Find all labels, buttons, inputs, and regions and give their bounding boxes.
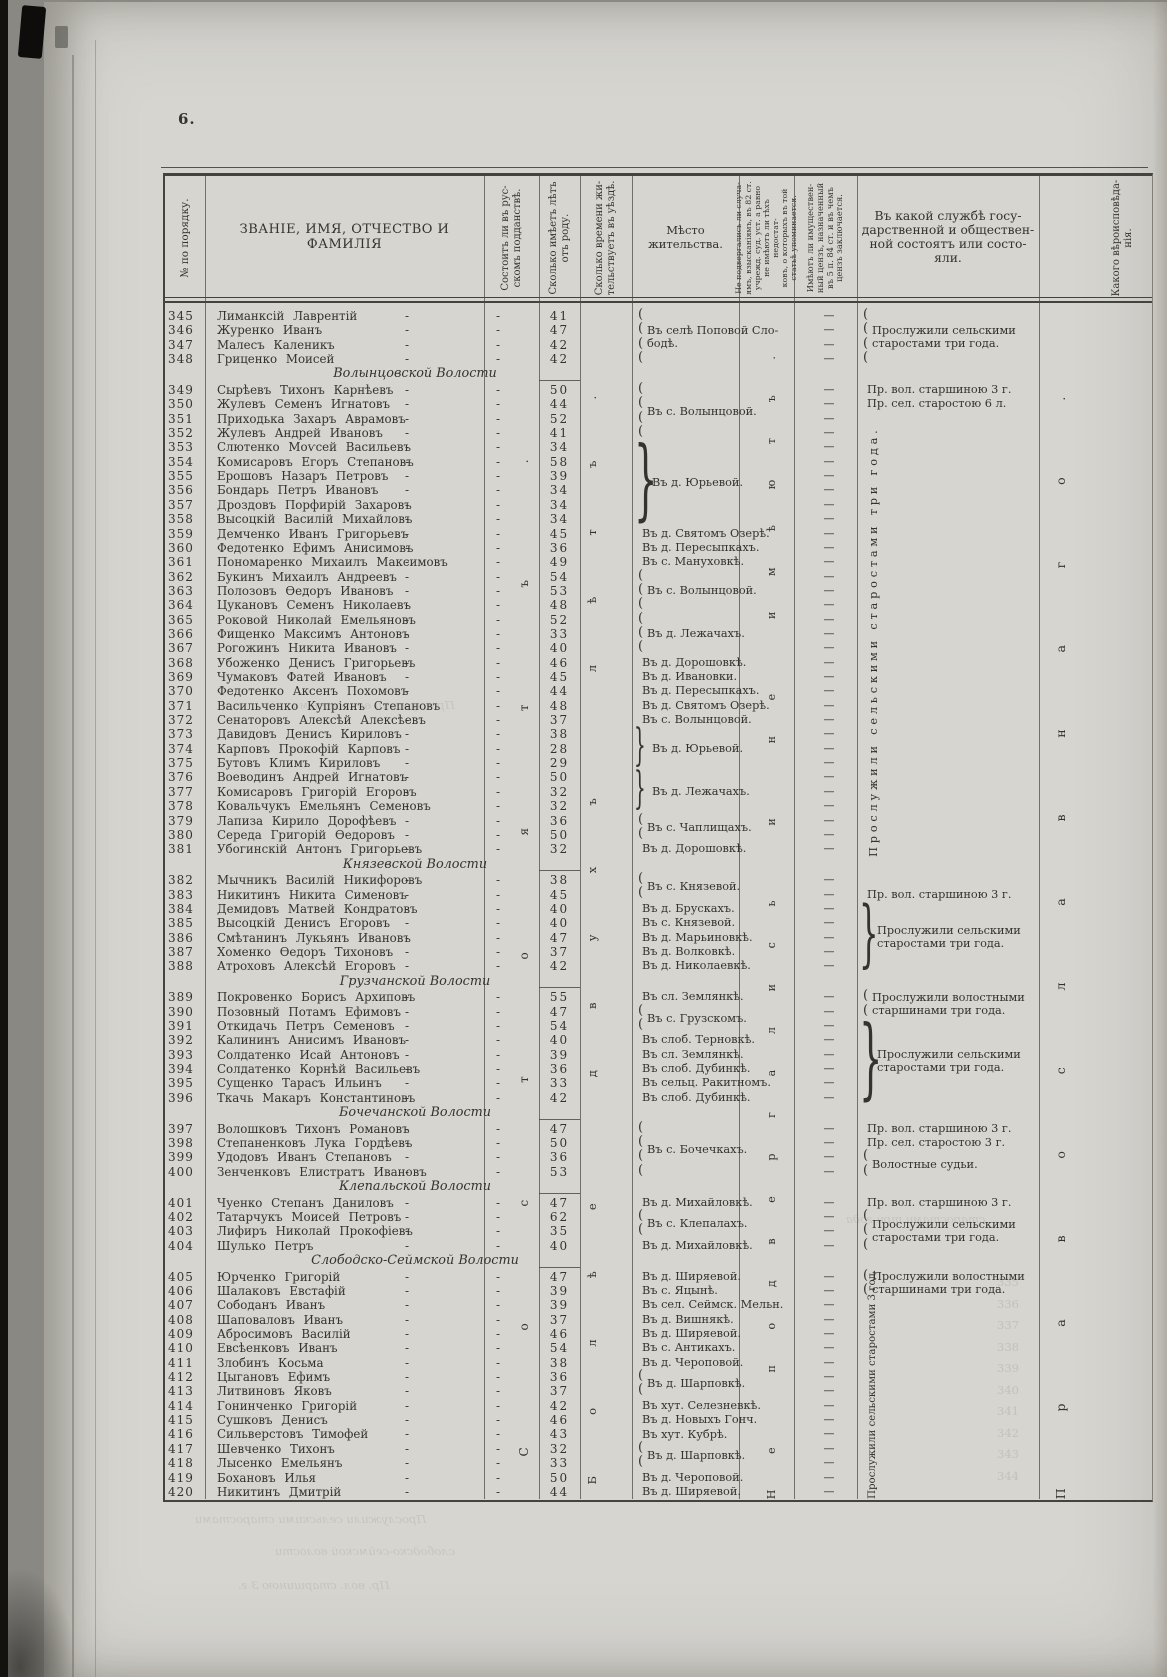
place-group: Въ д. Ширяевой. <box>638 1327 738 1341</box>
person-age: 40 <box>539 902 580 916</box>
person-age: 62 <box>539 1210 580 1224</box>
place-text: Въ д. Шарповкѣ. <box>647 1377 745 1390</box>
ditto-dash: - <box>405 1413 409 1427</box>
header-place-label: Мѣсто жительства. <box>632 176 739 297</box>
ditto-dash: - <box>405 931 409 945</box>
column-rule <box>632 303 633 1499</box>
census-dash: — <box>811 383 847 397</box>
census-dash: — <box>811 1356 847 1370</box>
ditto-dash: - <box>405 1298 409 1312</box>
service-rotated-text-wrap: Прослужили сельскими старостами три года… <box>865 412 883 857</box>
citizenship-dash: - <box>496 990 500 1004</box>
section-heading: Клепальской Волости <box>283 1179 547 1195</box>
census-dash: — <box>811 352 847 366</box>
place-group: Въ слоб. Дубинкѣ. <box>638 1062 738 1076</box>
service-text: Прослужили сельскими <box>872 324 1016 337</box>
person-name: Дроздовъ Порфирій Захаровъ <box>217 498 412 512</box>
census-dash: — <box>811 338 847 352</box>
header-residence-time-col: Сколько времени жи- тельствуетъ въ уѣздѣ… <box>580 179 632 297</box>
person-name: Чуенко Степанъ Даниловъ <box>217 1196 394 1210</box>
row-number: 376 <box>168 770 204 784</box>
service-group: Пр. вол. старшиною 3 г. <box>863 1196 1037 1210</box>
ditto-dash: - <box>405 990 409 1004</box>
citizenship-dash: - <box>496 1356 500 1370</box>
row-number: 362 <box>168 570 204 584</box>
table-top-rule <box>161 167 1148 168</box>
person-age: 37 <box>539 713 580 727</box>
column-rule <box>484 303 485 1499</box>
service-text: Пр. вол. старшиною 3 г. <box>867 383 1011 396</box>
row-number: 360 <box>168 541 204 555</box>
person-age: 32 <box>539 842 580 856</box>
header-census-label: Имѣютъ ли имуществен- ный цензъ, назначе… <box>806 183 845 293</box>
census-dash: — <box>811 1165 847 1179</box>
person-name: Фищенко Максимъ Антоновъ <box>217 627 410 641</box>
header-citizenship-col: Состоитъ ли въ рус- скомъ подданствѣ. <box>484 179 539 297</box>
person-name: Роковой Николай Емельяновъ <box>217 613 416 627</box>
scan-edge-shade <box>1153 0 1167 1677</box>
person-name: Цукановъ Семенъ Николаевъ <box>217 598 411 612</box>
row-number: 405 <box>168 1270 204 1284</box>
row-number: 416 <box>168 1427 204 1441</box>
person-name: Атроховъ Алексѣй Егоровъ <box>217 959 396 973</box>
person-age: 32 <box>539 799 580 813</box>
service-rotated-text: Прослужили сельскими старостами 3 год. <box>865 1298 881 1499</box>
place-text: Въ д. Марьиновкѣ. <box>642 931 753 944</box>
ditto-dash: - <box>405 1399 409 1413</box>
citizenship-dash: - <box>496 1341 500 1355</box>
row-number: 408 <box>168 1313 204 1327</box>
ditto-dash: - <box>405 1091 409 1105</box>
service-text: старостами три года. <box>872 337 999 350</box>
row-number: 410 <box>168 1341 204 1355</box>
group-paren: ( <box>638 1209 643 1223</box>
person-age: 40 <box>539 1239 580 1253</box>
section-divider <box>539 870 580 871</box>
group-brace: } <box>634 727 646 766</box>
census-dash: — <box>811 1399 847 1413</box>
census-dash: — <box>811 1076 847 1090</box>
header-name-label: ЗВАНІЕ, ИМЯ, ОТЧЕСТВО И ФАМИЛІЯ <box>205 176 484 297</box>
place-text: Въ д. Дорошовкѣ. <box>642 656 746 669</box>
person-age: 37 <box>539 1384 580 1398</box>
person-name: Комисаровъ Григорій Егоровъ <box>217 785 417 799</box>
group-paren: ( <box>638 1135 643 1149</box>
census-dash: — <box>811 555 847 569</box>
place-text: Въ с. Яцынѣ. <box>642 1284 718 1297</box>
census-dash: — <box>811 641 847 655</box>
place-text: Въ хут. Селезневкѣ. <box>642 1399 761 1412</box>
scan-edge-artifact <box>0 0 8 1677</box>
ditto-dash: - <box>405 1019 409 1033</box>
place-text: Въ сельц. Ракитномъ. <box>642 1076 771 1089</box>
section-heading: Бочечанской Волости <box>283 1105 547 1121</box>
person-name: Рогожинъ Никита Ивановъ <box>217 641 397 655</box>
person-age: 36 <box>539 1370 580 1384</box>
place-text: Въ д. Ширяевой. <box>642 1485 741 1498</box>
place-group: Въ д. Брускахъ. <box>638 902 738 916</box>
citizenship-dash: - <box>496 498 500 512</box>
census-dash: — <box>811 945 847 959</box>
person-age: 54 <box>539 1019 580 1033</box>
census-dash: — <box>811 1239 847 1253</box>
column-rule <box>205 303 206 1499</box>
ditto-dash: - <box>405 1239 409 1253</box>
citizenship-dash: - <box>496 1091 500 1105</box>
row-number: 350 <box>168 397 204 411</box>
citizenship-dash: - <box>496 713 500 727</box>
row-number: 398 <box>168 1136 204 1150</box>
column-rule <box>580 303 581 1499</box>
person-name: Комисаровъ Егоръ Степановъ <box>217 455 414 469</box>
service-text: Прослужили сельскими <box>877 1048 1021 1061</box>
group-paren: ( <box>638 827 643 841</box>
row-number: 401 <box>168 1196 204 1210</box>
ditto-dash: - <box>405 383 409 397</box>
row-number: 400 <box>168 1165 204 1179</box>
person-age: 46 <box>539 1413 580 1427</box>
citizenship-dash: - <box>496 1136 500 1150</box>
place-group: Въ сл. Землянкѣ. <box>638 1048 738 1062</box>
row-number: 399 <box>168 1150 204 1164</box>
person-age: 50 <box>539 828 580 842</box>
group-paren: ( <box>638 351 643 365</box>
service-group: }Прослужили сельскимистаростами три года… <box>863 1019 1037 1105</box>
place-group: Въ д. Пересыпкахъ. <box>638 684 738 698</box>
person-name: Шаповаловъ Иванъ <box>217 1313 343 1327</box>
census-dash: — <box>811 990 847 1004</box>
ditto-dash: - <box>405 888 409 902</box>
citizenship-dash: - <box>496 888 500 902</box>
person-name: Откидачь Петръ Семеновъ <box>217 1019 395 1033</box>
row-number: 358 <box>168 512 204 526</box>
column-rule <box>739 176 740 303</box>
person-age: 50 <box>539 383 580 397</box>
place-group: Въ д. Дорошовкѣ. <box>638 842 738 856</box>
service-group: ((Прослужили волостнымистаршинами три го… <box>863 990 1037 1019</box>
place-text: Въ д. Пересыпкахъ. <box>642 684 759 697</box>
page-fold-line <box>72 55 74 1677</box>
census-dash: — <box>811 873 847 887</box>
citizenship-dash: - <box>496 959 500 973</box>
citizenship-dash: - <box>496 1239 500 1253</box>
person-age: 45 <box>539 888 580 902</box>
person-age: 50 <box>539 770 580 784</box>
ditto-dash: - <box>405 1076 409 1090</box>
column-rule <box>1039 303 1040 1499</box>
census-dash: — <box>811 1196 847 1210</box>
group-paren: ( <box>638 337 643 351</box>
place-text: Въ слоб. Дубинкѣ. <box>642 1091 751 1104</box>
row-number: 415 <box>168 1413 204 1427</box>
row-number: 374 <box>168 742 204 756</box>
place-group: Въ слоб. Дубинкѣ. <box>638 1091 738 1105</box>
ditto-dash: - <box>405 799 409 813</box>
person-age: 36 <box>539 814 580 828</box>
column-rule <box>484 176 485 303</box>
place-text: Въ с. Волынцовой. <box>642 713 752 726</box>
census-dash: — <box>811 440 847 454</box>
census-dash: — <box>811 498 847 512</box>
census-dash: — <box>811 613 847 627</box>
header-religion-col: Какого вѣроисповѣда- нія. <box>1097 179 1149 297</box>
bleedthrough-text: Прослужили волостными <box>292 698 455 712</box>
service-text: старшинами три года. <box>872 1283 1005 1296</box>
ditto-dash: - <box>405 1062 409 1076</box>
row-number: 418 <box>168 1456 204 1470</box>
group-paren: ( <box>638 1018 643 1032</box>
row-number: 381 <box>168 842 204 856</box>
census-dash: — <box>811 1485 847 1499</box>
person-name: Воеводинъ Андрей Игнатовъ <box>217 770 407 784</box>
person-name: Сободанъ Иванъ <box>217 1298 325 1312</box>
person-age: 38 <box>539 1356 580 1370</box>
column-rule <box>1039 176 1040 303</box>
place-text: Въ д. Чероповой. <box>642 1356 743 1369</box>
person-name: Злобинъ Косьма <box>217 1356 324 1370</box>
census-dash: — <box>811 1313 847 1327</box>
place-group: Въ д. Чероповой. <box>638 1471 738 1485</box>
person-age: 38 <box>539 873 580 887</box>
header-religion-label: Какого вѣроисповѣда- нія. <box>1111 180 1135 297</box>
person-age: 45 <box>539 527 580 541</box>
row-number: 419 <box>168 1471 204 1485</box>
place-text: Въ д. Святомъ Озерѣ. <box>642 527 770 540</box>
citizenship-dash: - <box>496 727 500 741</box>
citizenship-dash: - <box>496 412 500 426</box>
place-group: Въ д. Ивановки. <box>638 670 738 684</box>
row-number: 387 <box>168 945 204 959</box>
person-age: 39 <box>539 1298 580 1312</box>
ditto-dash: - <box>405 1122 409 1136</box>
place-group: Въ д. Святомъ Озерѣ. <box>638 527 738 541</box>
person-name: Сенаторовъ Алексѣй Алексѣевъ <box>217 713 426 727</box>
bleedthrough-text: старостами три года <box>846 1212 986 1226</box>
person-age: 28 <box>539 742 580 756</box>
person-age: 40 <box>539 641 580 655</box>
citizenship-dash: - <box>496 1284 500 1298</box>
bleedthrough-text: слободско-сеймской волости <box>275 1544 455 1558</box>
person-age: 41 <box>539 426 580 440</box>
ditto-dash: - <box>405 397 409 411</box>
ditto-dash: - <box>405 598 409 612</box>
census-dash: — <box>811 570 847 584</box>
census-dash: — <box>811 1005 847 1019</box>
person-age: 36 <box>539 1062 580 1076</box>
person-name: Жулевъ Андрей Ивановъ <box>217 426 383 440</box>
person-age: 41 <box>539 309 580 323</box>
section-heading: Волынцовской Волости <box>283 366 547 382</box>
citizenship-dash: - <box>496 1456 500 1470</box>
place-text: Въ с. Грузскомъ. <box>647 1012 747 1025</box>
ditto-dash: - <box>405 641 409 655</box>
person-age: 33 <box>539 1456 580 1470</box>
group-paren: ( <box>638 612 643 626</box>
census-dash: — <box>811 1091 847 1105</box>
group-paren: ( <box>638 1369 643 1383</box>
ditto-dash: - <box>405 512 409 526</box>
place-text: Въ д. Новыхъ Гонч. <box>642 1413 757 1426</box>
person-age: 33 <box>539 1076 580 1090</box>
place-group: Въ сел. Сеймск. Мельн. <box>638 1298 738 1312</box>
place-text: Въ с. Князевой. <box>642 916 735 929</box>
person-name: Абросимовъ Василій <box>217 1327 351 1341</box>
group-paren: ( <box>638 1004 643 1018</box>
column-rule <box>794 176 795 303</box>
ditto-dash: - <box>405 426 409 440</box>
census-dash: — <box>811 584 847 598</box>
person-age: 43 <box>539 1427 580 1441</box>
person-name: Убоженко Денисъ Григорьевъ <box>217 656 415 670</box>
citizenship-dash: - <box>496 584 500 598</box>
person-name: Мычникъ Василій Никифоровъ <box>217 873 422 887</box>
person-name: Бутовъ Климъ Кириловъ <box>217 756 380 770</box>
person-age: 46 <box>539 1327 580 1341</box>
person-name: Бондарь Петръ Ивановъ <box>217 483 378 497</box>
service-group: Пр. сел. старостою 3 г. <box>863 1136 1037 1150</box>
person-name: Татарчукъ Моисей Петровъ <box>217 1210 401 1224</box>
person-name: Ковальчукъ Емельянъ Семеновъ <box>217 799 431 813</box>
census-dash: — <box>811 1048 847 1062</box>
service-group: Пр. вол. старшиною 3 г. <box>863 1122 1037 1136</box>
census-dash: — <box>811 727 847 741</box>
ditto-dash: - <box>405 1196 409 1210</box>
service-text: старшинами три года. <box>872 1004 1005 1017</box>
ditto-dash: - <box>405 785 409 799</box>
citizenship-dash: - <box>496 1122 500 1136</box>
person-name: Демидовъ Матвей Кондратовъ <box>217 902 417 916</box>
place-group: Въ с. Мануховкѣ. <box>638 555 738 569</box>
place-group: (((Въ с. Волынцовой. <box>638 570 738 613</box>
place-text: Въ д. Шарповкѣ. <box>647 1449 745 1462</box>
place-text: Въ д. Дорошовкѣ. <box>642 842 746 855</box>
ditto-dash: - <box>405 916 409 930</box>
place-text: Въ д. Михайловкѣ. <box>642 1196 753 1209</box>
row-number: 392 <box>168 1033 204 1047</box>
person-age: 50 <box>539 1136 580 1150</box>
citizenship-dash: - <box>496 1384 500 1398</box>
citizenship-dash: - <box>496 684 500 698</box>
row-number: 361 <box>168 555 204 569</box>
person-name: Ткачь Макаръ Константиновъ <box>217 1091 415 1105</box>
group-paren: ( <box>638 583 643 597</box>
ditto-dash: - <box>405 1442 409 1456</box>
place-text: Въ д. Михайловкѣ. <box>642 1239 753 1252</box>
citizenship-dash: - <box>496 555 500 569</box>
scan-edge-artifact <box>55 26 68 48</box>
person-age: 52 <box>539 412 580 426</box>
citizenship-dash: - <box>496 1370 500 1384</box>
place-group: Въ д. Ширяевой. <box>638 1485 738 1499</box>
row-number: 412 <box>168 1370 204 1384</box>
census-dash: — <box>811 959 847 973</box>
ditto-dash: - <box>405 1005 409 1019</box>
ditto-dash: - <box>405 1210 409 1224</box>
ditto-dash: - <box>405 842 409 856</box>
section-divider <box>539 1119 580 1120</box>
census-dash: — <box>811 1298 847 1312</box>
ditto-dash: - <box>405 570 409 584</box>
person-name: Никитинъ Никита Сименовъ <box>217 888 407 902</box>
section-divider <box>539 987 580 988</box>
row-number: 357 <box>168 498 204 512</box>
service-text: Волостные судьи. <box>872 1158 978 1171</box>
place-group: ((Въ д. Шарповкѣ. <box>638 1370 738 1399</box>
citizenship-dash: - <box>496 1062 500 1076</box>
census-dash: — <box>811 412 847 426</box>
person-name: Цыгановъ Ефимъ <box>217 1370 330 1384</box>
ditto-dash: - <box>405 1033 409 1047</box>
citizenship-dash: - <box>496 1298 500 1312</box>
row-number: 420 <box>168 1485 204 1499</box>
ditto-dash: - <box>405 1136 409 1150</box>
person-name: Демченко Иванъ Григорьевъ <box>217 527 408 541</box>
census-dash: — <box>811 1370 847 1384</box>
place-text: Въ хут. Кубрѣ. <box>642 1428 727 1441</box>
service-text: Пр. вол. старшиною 3 г. <box>867 888 1011 901</box>
place-group: Въ д. Новыхъ Гонч. <box>638 1413 738 1427</box>
place-group: ((Въ с. Чаплищахъ. <box>638 814 738 843</box>
census-dash: — <box>811 469 847 483</box>
citizenship-dash: - <box>496 1224 500 1238</box>
ditto-dash: - <box>405 469 409 483</box>
citizenship-dash: - <box>496 785 500 799</box>
row-number: 365 <box>168 613 204 627</box>
place-group: Въ д. Вишнякѣ. <box>638 1313 738 1327</box>
person-age: 39 <box>539 1048 580 1062</box>
table-header: № по порядку. ЗВАНІЕ, ИМЯ, ОТЧЕСТВО И ФА… <box>165 176 1152 303</box>
place-text: Въ с. Мануховкѣ. <box>642 555 744 568</box>
section-divider <box>539 380 580 381</box>
census-dash: — <box>811 541 847 555</box>
citizenship-dash: - <box>496 1165 500 1179</box>
group-paren: ( <box>638 1164 643 1178</box>
census-dash: — <box>811 713 847 727</box>
person-age: 34 <box>539 483 580 497</box>
person-name: Лапиза Кирило Дорофѣевъ <box>217 814 396 828</box>
place-text: Въ с. Антикахъ. <box>642 1341 735 1354</box>
person-age: 44 <box>539 397 580 411</box>
person-age: 47 <box>539 1005 580 1019</box>
place-text: Въ селѣ Поповой Сло- <box>647 324 778 337</box>
row-number: 372 <box>168 713 204 727</box>
person-name: Букинъ Михаилъ Андреевъ <box>217 570 397 584</box>
citizenship-dash: - <box>496 383 500 397</box>
census-dash: — <box>811 1384 847 1398</box>
citizenship-dash: - <box>496 1048 500 1062</box>
ditto-dash: - <box>405 1471 409 1485</box>
person-name: Шалаковъ Евстафій <box>217 1284 346 1298</box>
person-name: Федотенко Ефимъ Анисимовъ <box>217 541 413 555</box>
row-number: 353 <box>168 440 204 454</box>
citizenship-dash: - <box>496 842 500 856</box>
place-group: Въ д. Ширяевой. <box>638 1270 738 1284</box>
person-name: Калининъ Анисимъ Ивановъ <box>217 1033 406 1047</box>
ditto-dash: - <box>405 873 409 887</box>
citizenship-dash: - <box>496 945 500 959</box>
row-number: 348 <box>168 352 204 366</box>
place-group: Въ с. Яцынѣ. <box>638 1284 738 1298</box>
census-dash: — <box>811 1210 847 1224</box>
group-paren: ( <box>638 411 643 425</box>
person-age: 33 <box>539 627 580 641</box>
place-text: Въ д. Юрьевой. <box>652 476 743 489</box>
ditto-dash: - <box>405 527 409 541</box>
person-name: Сущенко Тарасъ Ильинъ <box>217 1076 382 1090</box>
census-dash: — <box>811 512 847 526</box>
ditto-dash: - <box>405 627 409 641</box>
row-number: 369 <box>168 670 204 684</box>
